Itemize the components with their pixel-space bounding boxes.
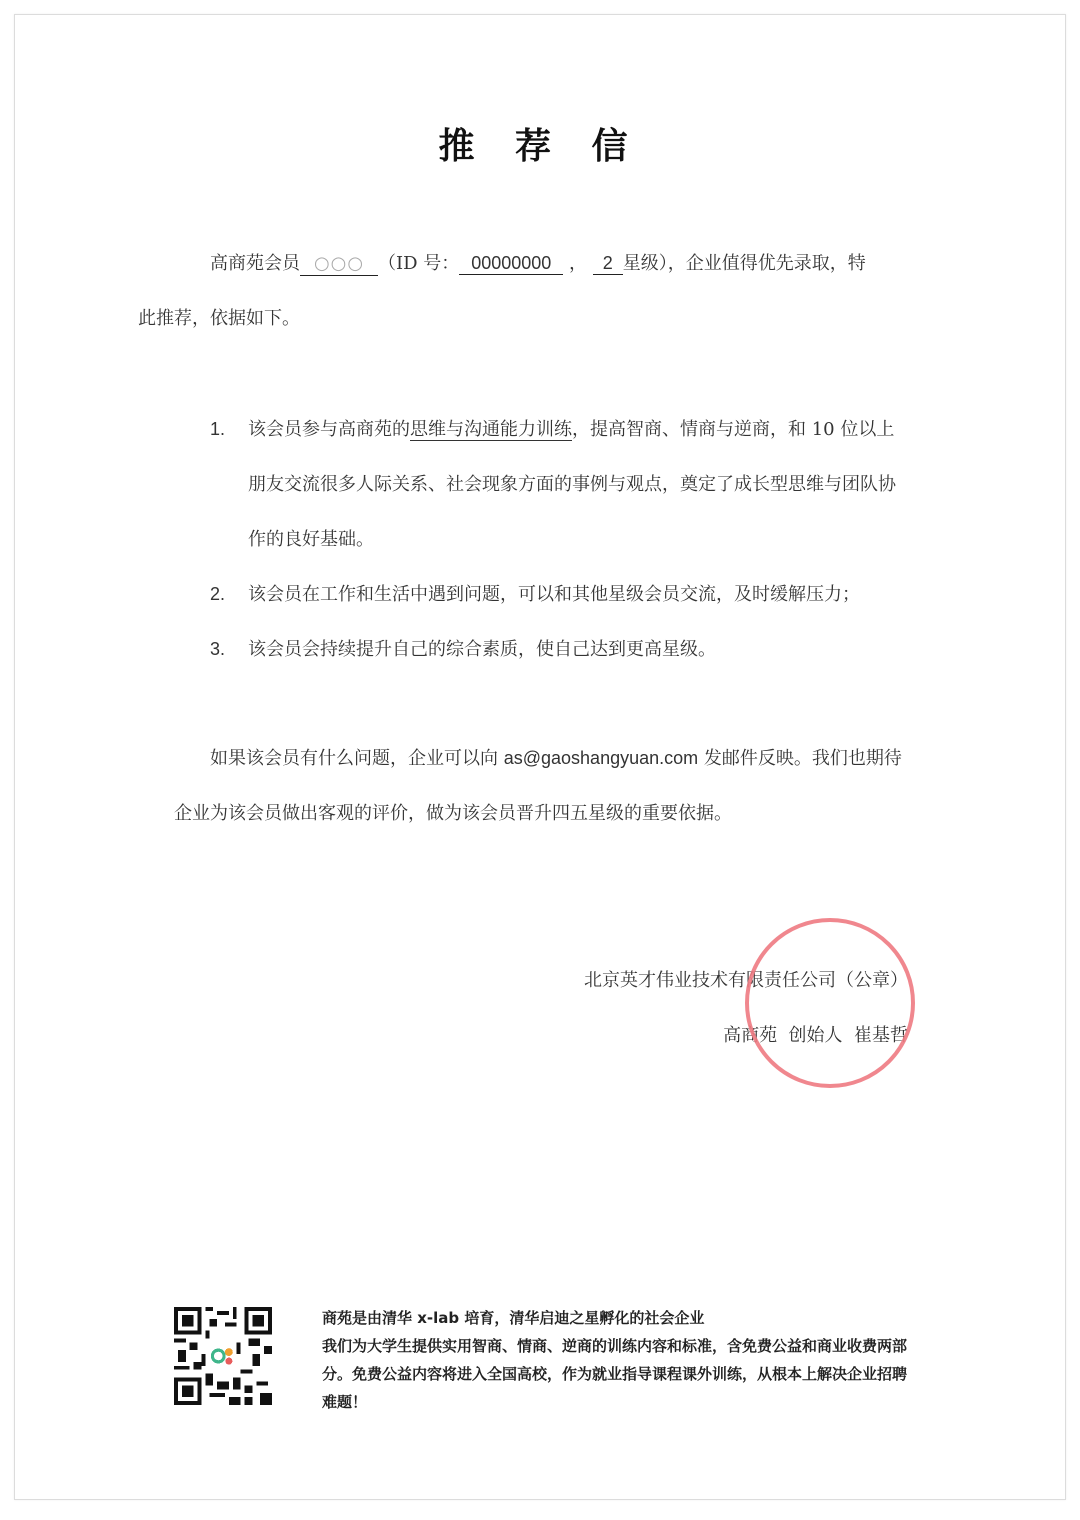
closing-text: 如果该会员有什么问题，企业可以向	[210, 748, 504, 769]
qr-code-icon[interactable]	[174, 1306, 272, 1406]
comma: ，	[563, 253, 587, 274]
footer-line-1: 商苑是由清华 x-lab 培育，清华启迪之星孵化的社会企业	[322, 1304, 912, 1332]
member-id-field: 00000000	[459, 252, 563, 275]
star-level-field: 2	[593, 252, 623, 275]
intro-prefix: 高商苑会员	[210, 253, 300, 274]
id-label: （ID 号：	[378, 253, 459, 274]
footer-description: 商苑是由清华 x-lab 培育，清华启迪之星孵化的社会企业 我们为大学生提供实用…	[322, 1304, 912, 1416]
footer-line-2: 我们为大学生提供实用智商、情商、逆商的训练内容和标准，含免费公益和商业收费两部分…	[322, 1332, 912, 1416]
reason-text: 该会员会持续提升自己的综合素质，使自己达到更高星级。	[248, 639, 716, 660]
member-name-field: ○○○	[300, 253, 378, 276]
reason-item: 3. 该会员会持续提升自己的综合素质，使自己达到更高星级。	[210, 622, 910, 677]
reason-number: 3.	[210, 622, 225, 677]
intro-suffix: 星级），企业值得优先录取，特	[623, 253, 866, 274]
reason-text: 该会员参与高商苑的	[248, 419, 410, 440]
reason-number: 1.	[210, 402, 225, 457]
reason-text: 该会员在工作和生活中遇到问题，可以和其他星级会员交流，及时缓解压力；	[248, 584, 860, 605]
company-seal-stamp	[745, 918, 915, 1088]
intro-paragraph: 高商苑会员○○○（ID 号：00000000 ， 2星级），企业值得优先录取，特…	[174, 236, 908, 346]
page-title: 推 荐 信	[0, 118, 1080, 169]
training-name-underlined: 思维与沟通能力训练	[410, 419, 572, 441]
intro-line2: 此推荐，依据如下。	[138, 308, 300, 329]
reasons-list: 1. 该会员参与高商苑的思维与沟通能力训练，提高智商、情商与逆商，和 10 位以…	[210, 402, 910, 677]
reason-number: 2.	[210, 567, 225, 622]
reason-item: 1. 该会员参与高商苑的思维与沟通能力训练，提高智商、情商与逆商，和 10 位以…	[210, 402, 910, 567]
closing-paragraph: 如果该会员有什么问题，企业可以向 as@gaoshangyuan.com 发邮件…	[174, 731, 908, 841]
reason-item: 2. 该会员在工作和生活中遇到问题，可以和其他星级会员交流，及时缓解压力；	[210, 567, 910, 622]
contact-email-link[interactable]: as@gaoshangyuan.com	[504, 748, 698, 768]
